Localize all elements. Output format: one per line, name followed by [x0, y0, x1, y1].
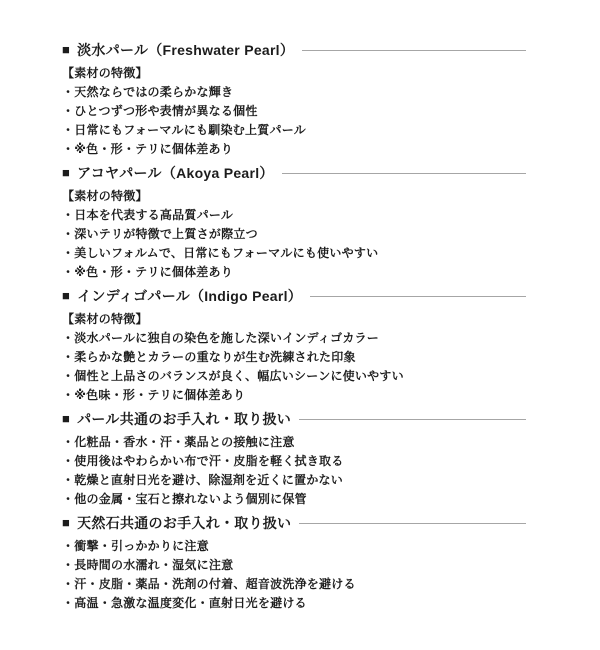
- square-bullet-icon: ■: [62, 286, 70, 306]
- feature-list: ・日本を代表する高品質パール ・深いテリが特徴で上質さが際立つ ・美しいフォルム…: [62, 206, 526, 282]
- section-title: 淡水パール（Freshwater Pearl）: [77, 40, 294, 60]
- section-heading: ■ 淡水パール（Freshwater Pearl）: [62, 40, 526, 60]
- square-bullet-icon: ■: [62, 40, 70, 60]
- list-item: ・汗・皮脂・薬品・洗剤の付着、超音波洗浄を避ける: [62, 575, 526, 594]
- list-item: ・他の金属・宝石と擦れないよう個別に保管: [62, 490, 526, 509]
- section-indigo-pearl: ■ インディゴパール（Indigo Pearl） 【素材の特徴】 ・淡水パールに…: [62, 286, 526, 405]
- section-heading: ■ 天然石共通のお手入れ・取り扱い: [62, 513, 526, 533]
- square-bullet-icon: ■: [62, 163, 70, 183]
- section-natural-stone-care: ■ 天然石共通のお手入れ・取り扱い ・衝撃・引っかかりに注意 ・長時間の水濡れ・…: [62, 513, 526, 613]
- section-heading: ■ パール共通のお手入れ・取り扱い: [62, 409, 526, 429]
- list-item: ・長時間の水濡れ・湿気に注意: [62, 556, 526, 575]
- square-bullet-icon: ■: [62, 513, 70, 533]
- section-title: インディゴパール（Indigo Pearl）: [77, 286, 302, 306]
- section-title: パール共通のお手入れ・取り扱い: [77, 409, 291, 429]
- list-item: ・淡水パールに独自の染色を施した深いインディゴカラー: [62, 329, 526, 348]
- heading-rule: [299, 419, 526, 420]
- list-item: ・天然ならではの柔らかな輝き: [62, 83, 526, 102]
- list-item: ・ひとつずつ形や表情が異なる個性: [62, 102, 526, 121]
- section-pearl-care: ■ パール共通のお手入れ・取り扱い ・化粧品・香水・汗・薬品との接触に注意 ・使…: [62, 409, 526, 509]
- section-title: 天然石共通のお手入れ・取り扱い: [77, 513, 291, 533]
- heading-rule: [282, 173, 526, 174]
- list-item: ・日常にもフォーマルにも馴染む上質パール: [62, 121, 526, 140]
- heading-rule: [310, 296, 526, 297]
- care-list: ・衝撃・引っかかりに注意 ・長時間の水濡れ・湿気に注意 ・汗・皮脂・薬品・洗剤の…: [62, 537, 526, 613]
- list-item: ・日本を代表する高品質パール: [62, 206, 526, 225]
- list-item: ・化粧品・香水・汗・薬品との接触に注意: [62, 433, 526, 452]
- square-bullet-icon: ■: [62, 409, 70, 429]
- list-item: ・衝撃・引っかかりに注意: [62, 537, 526, 556]
- material-features-label: 【素材の特徴】: [62, 310, 526, 329]
- feature-list: ・天然ならではの柔らかな輝き ・ひとつずつ形や表情が異なる個性 ・日常にもフォー…: [62, 83, 526, 159]
- section-akoya-pearl: ■ アコヤパール（Akoya Pearl） 【素材の特徴】 ・日本を代表する高品…: [62, 163, 526, 282]
- list-item: ・美しいフォルムで、日常にもフォーマルにも使いやすい: [62, 244, 526, 263]
- list-item: ・※色・形・テリに個体差あり: [62, 140, 526, 159]
- list-item: ・深いテリが特徴で上質さが際立つ: [62, 225, 526, 244]
- material-features-label: 【素材の特徴】: [62, 64, 526, 83]
- section-title: アコヤパール（Akoya Pearl）: [77, 163, 274, 183]
- section-heading: ■ インディゴパール（Indigo Pearl）: [62, 286, 526, 306]
- list-item: ・※色・形・テリに個体差あり: [62, 263, 526, 282]
- product-description-page: ■ 淡水パール（Freshwater Pearl） 【素材の特徴】 ・天然ならで…: [0, 0, 600, 650]
- care-list: ・化粧品・香水・汗・薬品との接触に注意 ・使用後はやわらかい布で汗・皮脂を軽く拭…: [62, 433, 526, 509]
- list-item: ・※色味・形・テリに個体差あり: [62, 386, 526, 405]
- heading-rule: [299, 523, 526, 524]
- section-heading: ■ アコヤパール（Akoya Pearl）: [62, 163, 526, 183]
- list-item: ・高温・急激な温度変化・直射日光を避ける: [62, 594, 526, 613]
- feature-list: ・淡水パールに独自の染色を施した深いインディゴカラー ・柔らかな艶とカラーの重な…: [62, 329, 526, 405]
- list-item: ・乾燥と直射日光を避け、除湿剤を近くに置かない: [62, 471, 526, 490]
- heading-rule: [302, 50, 526, 51]
- section-freshwater-pearl: ■ 淡水パール（Freshwater Pearl） 【素材の特徴】 ・天然ならで…: [62, 40, 526, 159]
- list-item: ・個性と上品さのバランスが良く、幅広いシーンに使いやすい: [62, 367, 526, 386]
- material-features-label: 【素材の特徴】: [62, 187, 526, 206]
- list-item: ・柔らかな艶とカラーの重なりが生む洗練された印象: [62, 348, 526, 367]
- list-item: ・使用後はやわらかい布で汗・皮脂を軽く拭き取る: [62, 452, 526, 471]
